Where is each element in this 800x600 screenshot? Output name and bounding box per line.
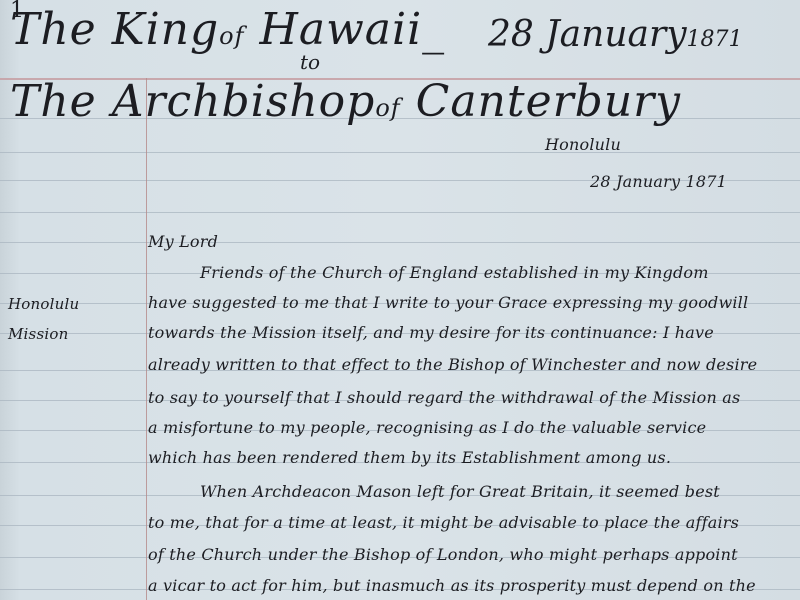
- heading-line-2: The Archbishopof Canterbury: [10, 76, 681, 127]
- heading-of: of: [219, 22, 244, 50]
- body-line: to me, that for a time at least, it migh…: [148, 513, 739, 532]
- body-line: Friends of the Church of England establi…: [200, 263, 709, 282]
- body-line: a vicar to act for him, but inasmuch as …: [148, 576, 756, 595]
- body-line: a misfortune to my people, recognising a…: [148, 418, 706, 437]
- heading-date-year: 1871: [687, 27, 743, 52]
- salutation: My Lord: [148, 232, 218, 251]
- body-line: have suggested to me that I write to you…: [148, 293, 748, 312]
- letter-date: 28 January 1871: [590, 172, 727, 191]
- body-line: to say to yourself that I should regard …: [148, 388, 740, 407]
- ruled-line: [0, 152, 800, 153]
- heading-hawaii: Hawaii: [260, 4, 423, 55]
- body-line: When Archdeacon Mason left for Great Bri…: [200, 482, 720, 501]
- body-line: which has been rendered them by its Esta…: [148, 448, 671, 467]
- heading-line-1: The Kingof Hawaii_: [10, 4, 445, 55]
- ledger-page: 1 The Kingof Hawaii_ 28 January1871 to T…: [0, 0, 800, 600]
- body-line: of the Church under the Bishop of London…: [148, 545, 738, 564]
- margin-note-honolulu: Honolulu: [8, 295, 79, 313]
- ruled-line: [0, 212, 800, 213]
- heading-separator: _: [422, 4, 445, 55]
- body-line: towards the Mission itself, and my desir…: [148, 323, 714, 342]
- ruled-line: [0, 242, 800, 243]
- heading-date: 28 January1871: [488, 14, 743, 55]
- heading-of-2: of: [375, 94, 400, 122]
- heading-connector: to: [300, 50, 320, 74]
- letter-place: Honolulu: [545, 135, 621, 154]
- heading-date-day-month: 28 January: [488, 14, 687, 55]
- heading-king: The King: [10, 4, 219, 55]
- heading-canterbury: Canterbury: [416, 76, 681, 127]
- margin-line: [146, 78, 147, 600]
- heading-archbishop: The Archbishop: [10, 76, 375, 127]
- margin-note-mission: Mission: [8, 325, 68, 343]
- body-line: already written to that effect to the Bi…: [148, 355, 757, 374]
